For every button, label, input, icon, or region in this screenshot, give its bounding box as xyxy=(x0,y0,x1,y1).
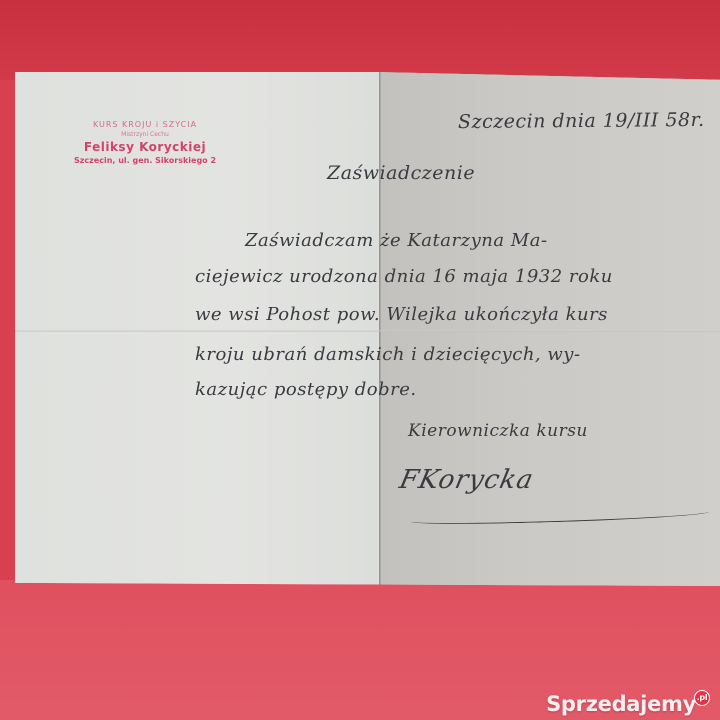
watermark-brand: Sprzedajemy xyxy=(546,692,696,716)
sprzedajemy-watermark: Sprzedajemy.pl xyxy=(546,692,710,716)
signature: FKoryckа xyxy=(397,465,537,495)
letterhead-course: KURS KROJU i SZYCIA xyxy=(55,120,235,129)
letterhead-stamp: KURS KROJU i SZYCIA Mistrzyni Cechu Feli… xyxy=(55,120,235,165)
document-title: Zaświadczenie xyxy=(327,162,475,184)
horizontal-fold-shadow xyxy=(15,330,720,331)
watermark-tld-badge: .pl xyxy=(694,690,710,706)
closing-title: Kierowniczka kursu xyxy=(408,421,588,441)
vertical-fold-line xyxy=(379,72,381,586)
document-paper: KURS KROJU i SZYCIA Mistrzyni Cechu Feli… xyxy=(15,72,720,586)
date-line: Szczecin dnia 19/III 58r. xyxy=(458,109,705,133)
letterhead-name: Feliksy Koryckiej xyxy=(55,140,235,154)
body-line: kazując postępy dobre. xyxy=(195,379,417,400)
background-top xyxy=(0,0,720,80)
body-line: Zaświadczam że Katarzyna Ma- xyxy=(245,230,548,251)
letterhead-title: Mistrzyni Cechu xyxy=(55,131,235,138)
body-line: we wsi Pohost pow. Wilejka ukończyła kur… xyxy=(195,304,608,325)
letterhead-address: Szczecin, ul. gen. Sikorskiego 2 xyxy=(55,156,235,165)
body-line: ciejewicz urodzona dnia 16 maja 1932 rok… xyxy=(195,266,613,287)
body-line: kroju ubrań damskich i dziecięcych, wy- xyxy=(195,344,581,365)
